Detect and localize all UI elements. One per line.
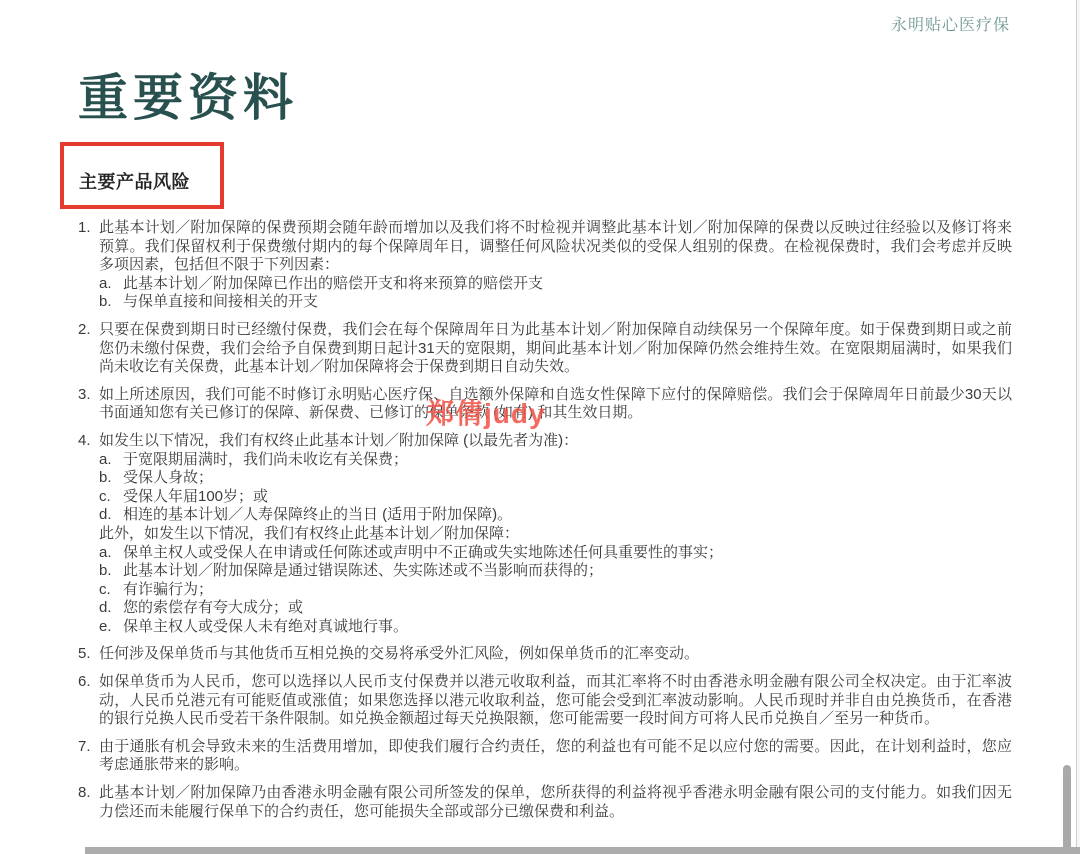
page-title: 重要资料 (78, 70, 1012, 126)
risk-sub-item: c. 受保人年届100岁；或 (99, 488, 1012, 507)
risk-item-text: 此基本计划／附加保障乃由香港永明金融有限公司所签发的保单，您所获得的利益将视乎香… (99, 784, 1012, 821)
sub-item-label: b. (99, 469, 123, 488)
risk-item: 4. 如发生以下情况，我们有权终止此基本计划／附加保障 (以最先者为准)： a.… (78, 432, 1012, 637)
risk-sub-item: e. 保单主权人或受保人未有绝对真诚地行事。 (99, 618, 1012, 637)
risk-item-number: 8. (78, 784, 99, 821)
sub-item-text: 相连的基本计划／人寿保障终止的当日 (适用于附加保障)。 (123, 506, 1012, 525)
risk-item: 5. 任何涉及保单货币与其他货币互相兑换的交易将承受外汇风险，例如保单货币的汇率… (78, 645, 1012, 664)
sub-item-text: 保单主权人或受保人未有绝对真诚地行事。 (123, 618, 1012, 637)
risk-sub-item: a. 于宽限期届满时，我们尚未收讫有关保费； (99, 451, 1012, 470)
risk-item-number: 1. (78, 219, 99, 312)
sub-item-label: c. (99, 581, 123, 600)
risk-sub-item: d. 相连的基本计划／人寿保障终止的当日 (适用于附加保障)。 (99, 506, 1012, 525)
sub-item-label: a. (99, 451, 123, 470)
scrollbar-track[interactable] (1076, 0, 1080, 854)
sub-item-text: 保单主权人或受保人在申请或任何陈述或声明中不正确或失实地陈述任何具重要性的事实； (123, 544, 1012, 563)
risk-sub-item: b. 受保人身故； (99, 469, 1012, 488)
sub-item-text: 此基本计划／附加保障是通过错误陈述、失实陈述或不当影响而获得的； (123, 562, 1012, 581)
sub-item-label: d. (99, 599, 123, 618)
risk-item: 7. 由于通胀有机会导致未来的生活费用增加，即使我们履行合约责任，您的利益也有可… (78, 738, 1012, 775)
risk-item: 2. 只要在保费到期日时已经缴付保费，我们会在每个保障周年日为此基本计划／附加保… (78, 321, 1012, 377)
sub-item-label: d. (99, 506, 123, 525)
risk-item-text: 如发生以下情况，我们有权终止此基本计划／附加保障 (以最先者为准)： (99, 432, 1012, 451)
risk-sub-item: a. 此基本计划／附加保障已作出的赔偿开支和将来预算的赔偿开支 (99, 275, 1012, 294)
document-page: 重要资料 主要产品风险 1. 此基本计划／附加保障的保费预期会随年龄而增加以及我… (78, 0, 1012, 830)
risk-item-text: 此基本计划／附加保障的保费预期会随年龄而增加以及我们将不时检视并调整此基本计划／… (99, 219, 1012, 275)
sub-item-label: c. (99, 488, 123, 507)
section-heading: 主要产品风险 (79, 168, 190, 194)
risk-item-text: 任何涉及保单货币与其他货币互相兑换的交易将承受外汇风险，例如保单货币的汇率变动。 (99, 645, 1012, 664)
risk-item-text: 如上所述原因，我们可能不时修订永明贴心医疗保、自选额外保障和自选女性保障下应付的… (99, 386, 1012, 423)
risk-item-number: 5. (78, 645, 99, 664)
risk-item: 3. 如上所述原因，我们可能不时修订永明贴心医疗保、自选额外保障和自选女性保障下… (78, 386, 1012, 423)
sub-item-text: 受保人身故； (123, 469, 1012, 488)
risk-item-number: 4. (78, 432, 99, 637)
risk-item: 6. 如保单货币为人民币，您可以选择以人民币支付保费并以港元收取利益，而其汇率将… (78, 673, 1012, 729)
risk-item-number: 6. (78, 673, 99, 729)
sub-item-label: a. (99, 275, 123, 294)
sub-item-text: 与保单直接和间接相关的开支 (123, 293, 1012, 312)
risk-sub-item: c. 有诈骗行为； (99, 581, 1012, 600)
sub-item-text: 有诈骗行为； (123, 581, 1012, 600)
sub-item-label: b. (99, 293, 123, 312)
sub-item-label: b. (99, 562, 123, 581)
risk-item-continuation-text: 此外，如发生以下情况，我们有权终止此基本计划／附加保障： (99, 525, 1012, 544)
risk-sub-item: a. 保单主权人或受保人在申请或任何陈述或声明中不正确或失实地陈述任何具重要性的… (99, 544, 1012, 563)
risk-sub-item: d. 您的索偿存有夸大成分；或 (99, 599, 1012, 618)
risk-item: 1. 此基本计划／附加保障的保费预期会随年龄而增加以及我们将不时检视并调整此基本… (78, 219, 1012, 312)
risk-item-text: 由于通胀有机会导致未来的生活费用增加，即使我们履行合约责任，您的利益也有可能不足… (99, 738, 1012, 775)
risk-item: 8. 此基本计划／附加保障乃由香港永明金融有限公司所签发的保单，您所获得的利益将… (78, 784, 1012, 821)
section-heading-highlight-box: 主要产品风险 (60, 142, 224, 209)
sub-item-label: a. (99, 544, 123, 563)
risk-item-number: 7. (78, 738, 99, 775)
risk-list: 1. 此基本计划／附加保障的保费预期会随年龄而增加以及我们将不时检视并调整此基本… (78, 219, 1012, 821)
risk-sub-item: b. 与保单直接和间接相关的开支 (99, 293, 1012, 312)
risk-item-number: 2. (78, 321, 99, 377)
sub-item-text: 受保人年届100岁；或 (123, 488, 1012, 507)
risk-item-text: 只要在保费到期日时已经缴付保费，我们会在每个保障周年日为此基本计划／附加保障自动… (99, 321, 1012, 377)
risk-item-number: 3. (78, 386, 99, 423)
page-bottom-edge (85, 847, 1080, 854)
sub-item-text: 于宽限期届满时，我们尚未收讫有关保费； (123, 451, 1012, 470)
sub-item-text: 此基本计划／附加保障已作出的赔偿开支和将来预算的赔偿开支 (123, 275, 1012, 294)
sub-item-text: 您的索偿存有夸大成分；或 (123, 599, 1012, 618)
scrollbar-thumb[interactable] (1063, 765, 1071, 851)
risk-item-text: 如保单货币为人民币，您可以选择以人民币支付保费并以港元收取利益，而其汇率将不时由… (99, 673, 1012, 729)
risk-sub-item: b. 此基本计划／附加保障是通过错误陈述、失实陈述或不当影响而获得的； (99, 562, 1012, 581)
sub-item-label: e. (99, 618, 123, 637)
